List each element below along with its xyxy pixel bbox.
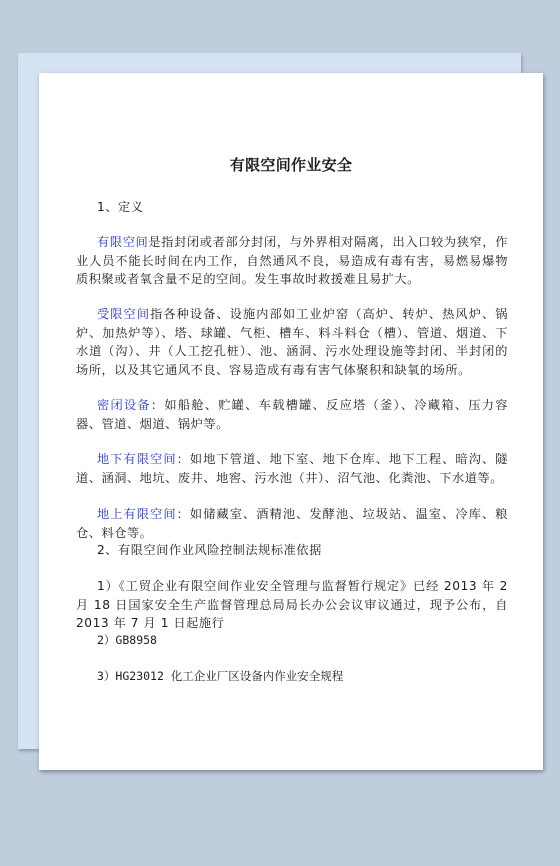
definition-paragraph: 受限空间指各种设备、设施内部如工业炉窑（高炉、转炉、热风炉、锅炉、加热炉等）、塔…: [76, 305, 508, 379]
definition-term: 有限空间: [97, 235, 148, 249]
definition-term: 地下有限空间: [97, 452, 177, 466]
document-page: 有限空间作业安全 1、定义 有限空间是指封闭或者部分封闭，与外界相对隔离，出入口…: [39, 73, 543, 770]
definition-paragraph: 地上有限空间：如储藏室、酒精池、发酵池、垃圾站、温室、冷库、粮仓、料仓等。: [76, 505, 508, 542]
definition-paragraph: 密闭设备：如船舱、贮罐、车载槽罐、反应塔（釜）、冷藏箱、压力容器、管道、烟道、锅…: [76, 396, 508, 433]
definition-term: 密闭设备: [97, 398, 151, 412]
regulation-item: 1）《工贸企业有限空间作业安全管理与监督暂行规定》已经 2013 年 2 月 1…: [76, 577, 508, 633]
definition-paragraph: 有限空间是指封闭或者部分封闭，与外界相对隔离，出入口较为狭窄，作业人员不能长时间…: [76, 233, 508, 289]
regulation-item: 3）HG23012 化工企业厂区设备内作业安全规程: [76, 667, 508, 686]
section-heading-regulations: 2、有限空间作业风险控制法规标准依据: [76, 541, 508, 560]
regulation-item: 2）GB8958: [76, 631, 508, 650]
definition-term: 地上有限空间: [97, 507, 177, 521]
document-title: 有限空间作业安全: [39, 154, 543, 175]
section-heading-definition: 1、定义: [76, 198, 508, 217]
definition-term: 受限空间: [97, 307, 150, 321]
definition-paragraph: 地下有限空间：如地下管道、地下室、地下仓库、地下工程、暗沟、隧道、涵洞、地坑、废…: [76, 450, 508, 487]
